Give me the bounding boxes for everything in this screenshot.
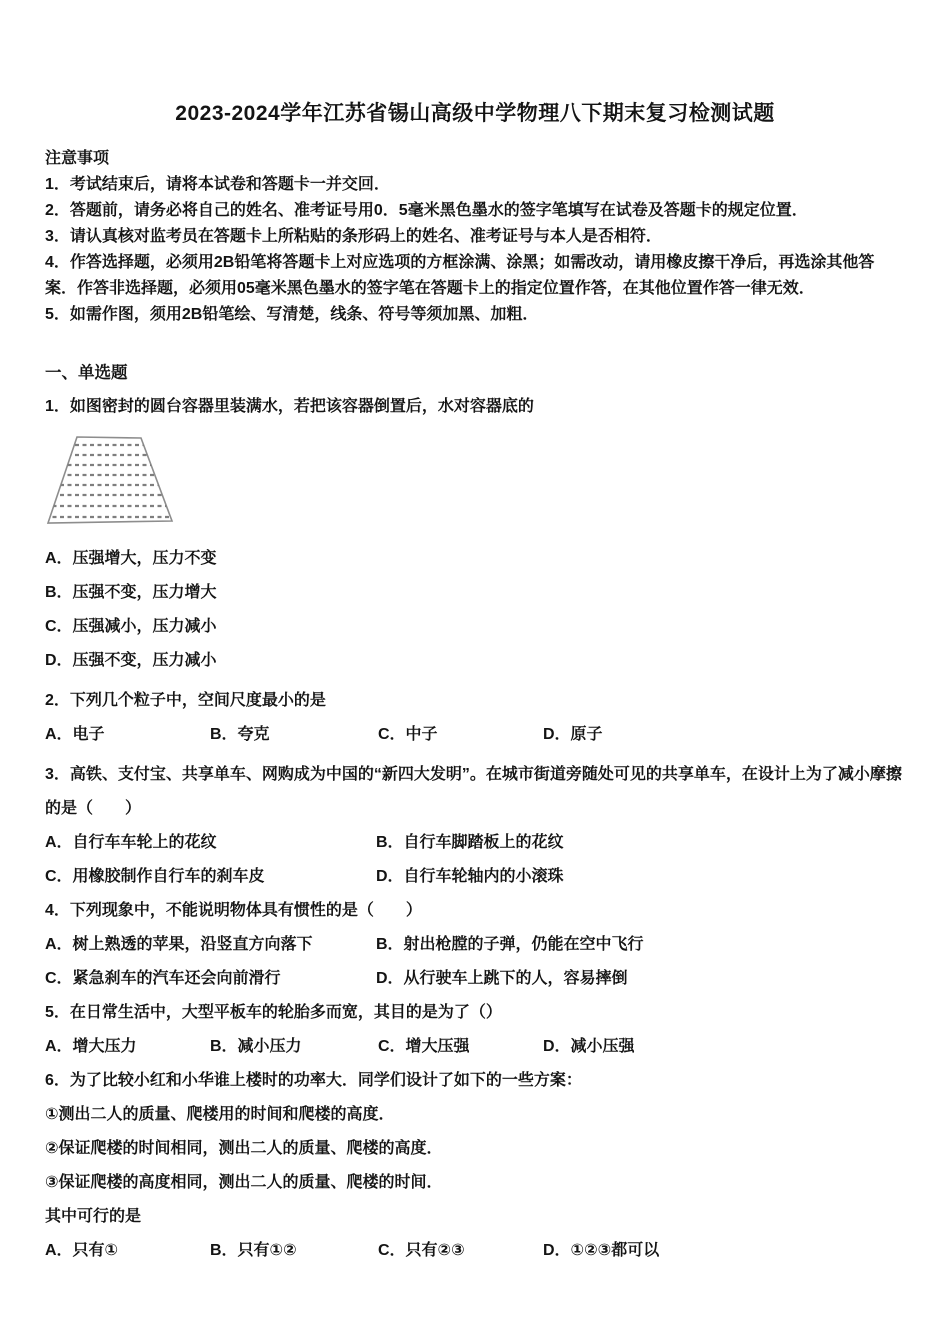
option-A: A．电子 [45,718,210,752]
option-B: B．射出枪膛的子弹，仍能在空中飞行 [376,928,905,962]
trapezoid-container-drawing [45,428,180,530]
question-4-options: A．树上熟透的苹果，沿竖直方向落下 B．射出枪膛的子弹，仍能在空中飞行 C．紧急… [45,928,905,996]
option-A: A．只有① [45,1234,210,1268]
option-A: A．树上熟透的苹果，沿竖直方向落下 [45,928,376,962]
question-2-options: A．电子 B．夸克 C．中子 D．原子 [45,718,905,752]
question-2: 2．下列几个粒子中，空间尺度最小的是 A．电子 B．夸克 C．中子 D．原子 [45,684,905,752]
question-5: 5．在日常生活中，大型平板车的轮胎多而宽，其目的是为了（） A．增大压力 B．减… [45,996,905,1064]
option-C: C．压强减小，压力减小 [45,610,905,644]
notice-item: 2．答题前，请务必将自己的姓名、准考证号用0．5毫米黑色墨水的签字笔填写在试卷及… [45,198,905,224]
notice-section: 注意事项 1．考试结束后，请将本试卷和答题卡一并交回． 2．答题前，请务必将自己… [45,146,905,328]
question-3-options: A．自行车车轮上的花纹 B．自行车脚踏板上的花纹 C．用橡胶制作自行车的刹车皮 … [45,826,905,894]
option-B: B．减小压力 [210,1030,378,1064]
option-B: B．夸克 [210,718,378,752]
question-3: 3．高铁、支付宝、共享单车、网购成为中国的“新四大发明”。在城市街道旁随处可见的… [45,758,905,894]
option-D: D．自行车轮轴内的小滚珠 [376,860,905,894]
notice-heading: 注意事项 [45,146,905,172]
question-1-stem: 1．如图密封的圆台容器里装满水，若把该容器倒置后，水对容器底的 [45,390,905,424]
question-6-stem: 6．为了比较小红和小华谁上楼时的功率大．同学们设计了如下的一些方案： [45,1064,905,1098]
water-container-figure [45,428,905,530]
question-6-options: A．只有① B．只有①② C．只有②③ D．①②③都可以 [45,1234,905,1268]
exam-paper-page: 2023-2024学年江苏省锡山高级中学物理八下期末复习检测试题 注意事项 1．… [0,0,950,1344]
notice-item: 1．考试结束后，请将本试卷和答题卡一并交回． [45,172,905,198]
option-B: B．只有①② [210,1234,378,1268]
option-C: C．紧急刹车的汽车还会向前滑行 [45,962,376,996]
option-A: A．自行车车轮上的花纹 [45,826,376,860]
question-6-followup: 其中可行的是 [45,1200,905,1234]
question-5-options: A．增大压力 B．减小压力 C．增大压强 D．减小压强 [45,1030,905,1064]
plan-2: ②保证爬楼的时间相同，测出二人的质量、爬楼的高度． [45,1132,905,1166]
question-2-stem: 2．下列几个粒子中，空间尺度最小的是 [45,684,905,718]
notice-item: 3．请认真核对监考员在答题卡上所粘贴的条形码上的姓名、准考证号与本人是否相符． [45,224,905,250]
question-6: 6．为了比较小红和小华谁上楼时的功率大．同学们设计了如下的一些方案： ①测出二人… [45,1064,905,1268]
option-C: C．用橡胶制作自行车的刹车皮 [45,860,376,894]
option-D: D．减小压强 [543,1030,905,1064]
option-C: C．增大压强 [378,1030,543,1064]
notice-item: 5．如需作图，须用2B铅笔绘、写清楚，线条、符号等须加黑、加粗． [45,302,905,328]
question-6-plans: ①测出二人的质量、爬楼用的时间和爬楼的高度． ②保证爬楼的时间相同，测出二人的质… [45,1098,905,1234]
question-3-stem: 3．高铁、支付宝、共享单车、网购成为中国的“新四大发明”。在城市街道旁随处可见的… [45,758,905,826]
section-heading-single-choice: 一、单选题 [45,356,905,390]
page-title: 2023-2024学年江苏省锡山高级中学物理八下期末复习检测试题 [45,0,905,128]
question-5-stem: 5．在日常生活中，大型平板车的轮胎多而宽，其目的是为了（） [45,996,905,1030]
question-1: 1．如图密封的圆台容器里装满水，若把该容器倒置后，水对容器底的 [45,390,905,678]
question-4-stem: 4．下列现象中，不能说明物体具有惯性的是（ ） [45,894,905,928]
option-C: C．中子 [378,718,543,752]
option-D: D．压强不变，压力减小 [45,644,905,678]
plan-3: ③保证爬楼的高度相同，测出二人的质量、爬楼的时间． [45,1166,905,1200]
question-1-options: A．压强增大，压力不变 B．压强不变，压力增大 C．压强减小，压力减小 D．压强… [45,542,905,678]
option-B: B．压强不变，压力增大 [45,576,905,610]
option-D: D．从行驶车上跳下的人，容易摔倒 [376,962,905,996]
option-C: C．只有②③ [378,1234,543,1268]
plan-1: ①测出二人的质量、爬楼用的时间和爬楼的高度． [45,1098,905,1132]
notice-item: 4．作答选择题，必须用2B铅笔将答题卡上对应选项的方框涂满、涂黑；如需改动，请用… [45,250,905,302]
option-A: A．增大压力 [45,1030,210,1064]
option-A: A．压强增大，压力不变 [45,542,905,576]
option-B: B．自行车脚踏板上的花纹 [376,826,905,860]
option-D: D．原子 [543,718,905,752]
question-4: 4．下列现象中，不能说明物体具有惯性的是（ ） A．树上熟透的苹果，沿竖直方向落… [45,894,905,996]
option-D: D．①②③都可以 [543,1234,905,1268]
